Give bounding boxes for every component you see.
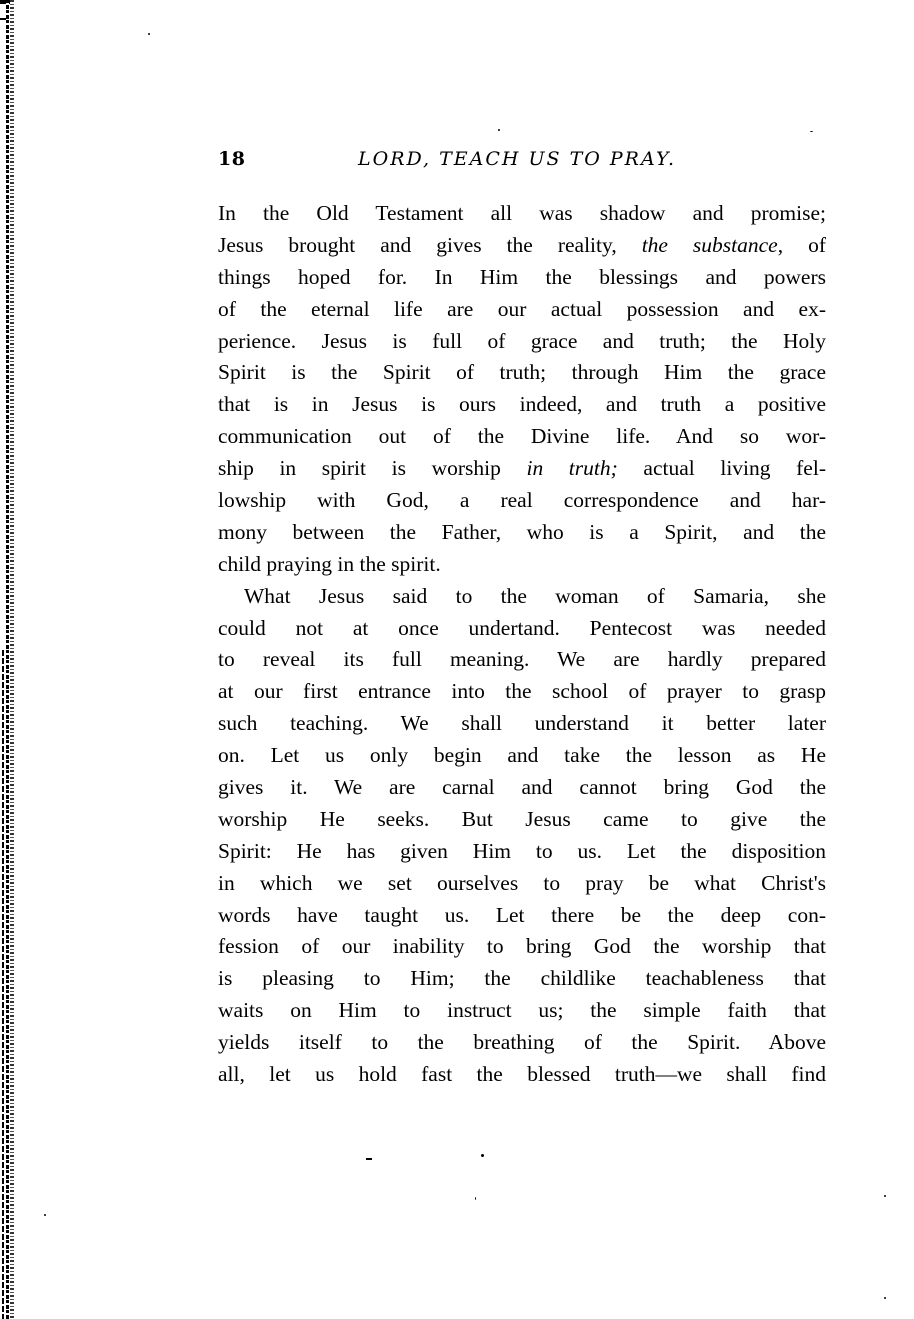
- body-text: In the Old Testament all was shadow and …: [218, 198, 826, 1091]
- text-run: fession of our inability to bring God th…: [218, 934, 826, 958]
- scan-speck: [481, 1154, 484, 1157]
- text-run: Jesus brought and gives the reality,: [218, 233, 642, 257]
- text-line: perience. Jesus is full of grace and tru…: [218, 326, 826, 358]
- binding-stitch: [10, 0, 14, 1319]
- text-run: ship in spirit is worship: [218, 456, 526, 480]
- text-run: is pleasing to Him; the childlike teacha…: [218, 966, 826, 990]
- text-line: yields itself to the breathing of the Sp…: [218, 1027, 826, 1059]
- scan-speck: [475, 1197, 476, 1200]
- text-run: things hoped for. In Him the blessings a…: [218, 265, 826, 289]
- text-run: child praying in the spirit.: [218, 552, 441, 576]
- text-line: child praying in the spirit.: [218, 549, 826, 581]
- text-line: communication out of the Divine life. An…: [218, 421, 826, 453]
- scan-speck: [148, 33, 150, 35]
- scan-speck: [884, 1195, 886, 1197]
- text-run: Spirit: He has given Him to us. Let the …: [218, 839, 826, 863]
- text-line: at our first entrance into the school of…: [218, 676, 826, 708]
- text-line: waits on Him to instruct us; the simple …: [218, 995, 826, 1027]
- text-line: of the eternal life are our actual posse…: [218, 294, 826, 326]
- text-run: that is in Jesus is ours indeed, and tru…: [218, 392, 826, 416]
- book-page: 18 LORD, TEACH US TO PRAY. In the Old Te…: [0, 0, 914, 1319]
- italic-phrase: the substance: [642, 233, 778, 257]
- text-line: to reveal its full meaning. We are hardl…: [218, 644, 826, 676]
- text-line: worship He seeks. But Jesus came to give…: [218, 804, 826, 836]
- text-line: could not at once undertand. Pentecost w…: [218, 613, 826, 645]
- text-run: , of: [778, 233, 826, 257]
- page-header: 18 LORD, TEACH US TO PRAY.: [218, 148, 828, 178]
- text-run: yields itself to the breathing of the Sp…: [218, 1030, 826, 1054]
- text-line: In the Old Testament all was shadow and …: [218, 198, 826, 230]
- scan-speck: [498, 129, 500, 131]
- text-run: worship He seeks. But Jesus came to give…: [218, 807, 826, 831]
- text-line: ship in spirit is worship in truth; actu…: [218, 453, 826, 485]
- paragraph: In the Old Testament all was shadow and …: [218, 198, 826, 581]
- text-line: on. Let us only begin and take the lesso…: [218, 740, 826, 772]
- scan-speck: [884, 1297, 886, 1299]
- text-line: Spirit is the Spirit of truth; through H…: [218, 357, 826, 389]
- text-run: In the Old Testament all was shadow and …: [218, 201, 826, 225]
- binding-stitch: [2, 650, 4, 1319]
- text-line: Jesus brought and gives the reality, the…: [218, 230, 826, 262]
- text-run: communication out of the Divine life. An…: [218, 424, 826, 448]
- text-line: in which we set ourselves to pray be wha…: [218, 868, 826, 900]
- paragraph: What Jesus said to the woman of Samaria,…: [218, 581, 826, 1091]
- text-run: gives it. We are carnal and cannot bring…: [218, 775, 826, 799]
- binding-stitch: [6, 0, 9, 1319]
- text-run: in which we set ourselves to pray be wha…: [218, 871, 826, 895]
- text-line: that is in Jesus is ours indeed, and tru…: [218, 389, 826, 421]
- text-line: mony between the Father, who is a Spirit…: [218, 517, 826, 549]
- text-run: of the eternal life are our actual posse…: [218, 297, 826, 321]
- text-run: could not at once undertand. Pentecost w…: [218, 616, 826, 640]
- text-run: such teaching. We shall understand it be…: [218, 711, 826, 735]
- text-line: gives it. We are carnal and cannot bring…: [218, 772, 826, 804]
- text-run: to reveal its full meaning. We are hardl…: [218, 647, 826, 671]
- running-title: LORD, TEACH US TO PRAY.: [358, 148, 676, 170]
- text-run: lowship with God, a real correspondence …: [218, 488, 826, 512]
- text-run: at our first entrance into the school of…: [218, 679, 826, 703]
- text-run: words have taught us. Let there be the d…: [218, 903, 826, 927]
- text-line: What Jesus said to the woman of Samaria,…: [218, 581, 826, 613]
- text-line: all, let us hold fast the blessed truth—…: [218, 1059, 826, 1091]
- text-run: What Jesus said to the woman of Samaria,…: [244, 584, 826, 608]
- text-line: is pleasing to Him; the childlike teacha…: [218, 963, 826, 995]
- text-run: all, let us hold fast the blessed truth—…: [218, 1062, 826, 1086]
- text-run: perience. Jesus is full of grace and tru…: [218, 329, 826, 353]
- text-line: words have taught us. Let there be the d…: [218, 900, 826, 932]
- binding-edge: [0, 0, 20, 1319]
- text-run: on. Let us only begin and take the lesso…: [218, 743, 826, 767]
- text-run: actual living fel-: [618, 456, 826, 480]
- text-run: mony between the Father, who is a Spirit…: [218, 520, 826, 544]
- text-line: things hoped for. In Him the blessings a…: [218, 262, 826, 294]
- page-number: 18: [218, 148, 245, 170]
- text-run: waits on Him to instruct us; the simple …: [218, 998, 826, 1022]
- italic-phrase: in truth;: [526, 456, 617, 480]
- scan-speck: [810, 131, 813, 132]
- text-line: lowship with God, a real correspondence …: [218, 485, 826, 517]
- text-run: Spirit is the Spirit of truth; through H…: [218, 360, 826, 384]
- scan-speck: [366, 1158, 372, 1160]
- scan-speck: [44, 1214, 46, 1216]
- text-line: Spirit: He has given Him to us. Let the …: [218, 836, 826, 868]
- text-line: fession of our inability to bring God th…: [218, 931, 826, 963]
- text-line: such teaching. We shall understand it be…: [218, 708, 826, 740]
